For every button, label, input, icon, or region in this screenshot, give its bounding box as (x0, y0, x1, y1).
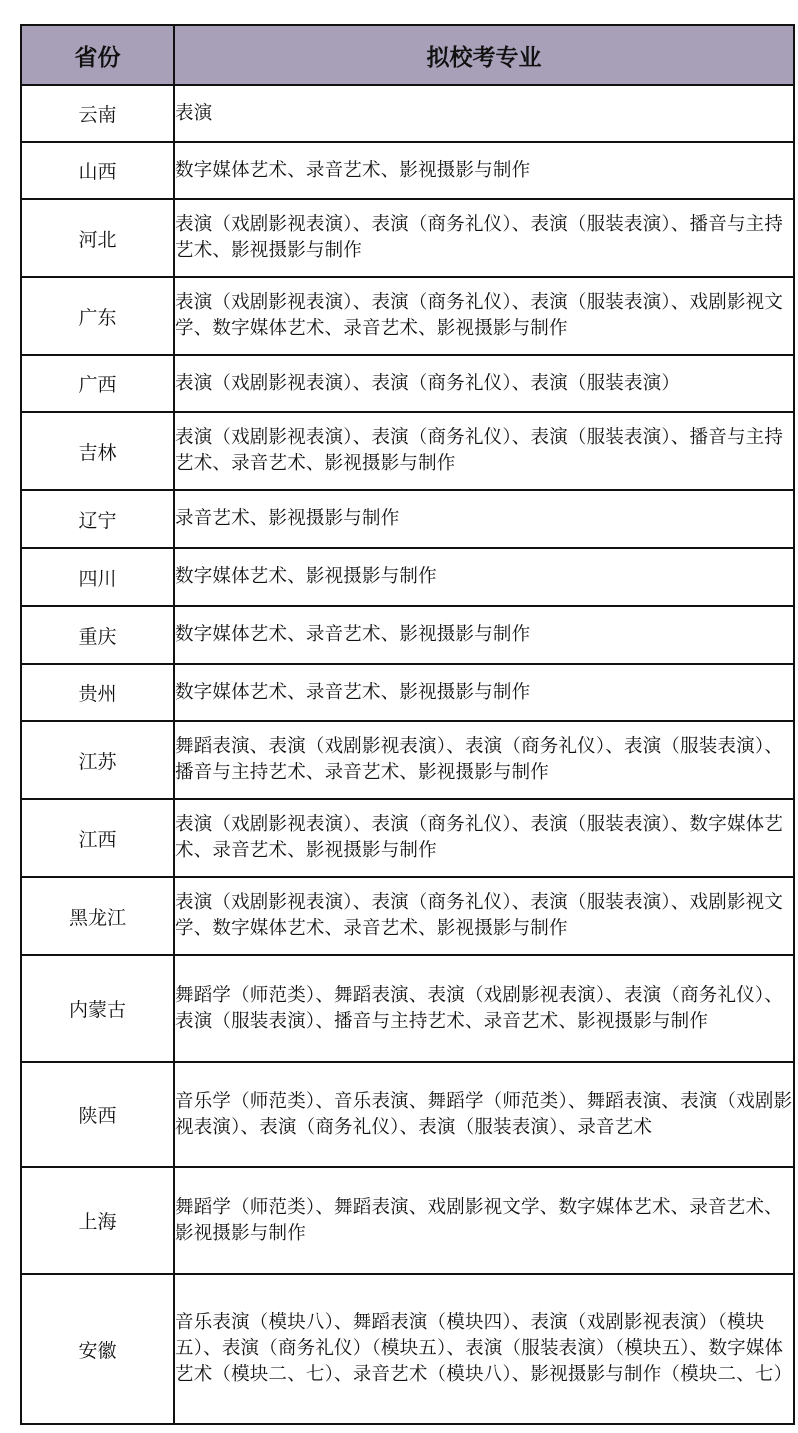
majors-cell: 数字媒体艺术、录音艺术、影视摄影与制作 (174, 664, 794, 721)
majors-cell: 舞蹈表演、表演（戏剧影视表演）、表演（商务礼仪）、表演（服装表演）、播音与主持艺… (174, 721, 794, 799)
majors-cell: 表演（戏剧影视表演）、表演（商务礼仪）、表演（服装表演）、播音与主持艺术、影视摄… (174, 199, 794, 277)
majors-cell: 表演（戏剧影视表演）、表演（商务礼仪）、表演（服装表演）、数字媒体艺术、录音艺术… (174, 799, 794, 877)
majors-cell: 音乐表演（模块八）、舞蹈表演（模块四）、表演（戏剧影视表演）（模块五）、表演（商… (174, 1274, 794, 1424)
province-cell: 江西 (21, 799, 174, 877)
table-row: 云南表演 (21, 85, 794, 142)
province-cell: 内蒙古 (21, 955, 174, 1062)
table-row: 江西表演（戏剧影视表演）、表演（商务礼仪）、表演（服装表演）、数字媒体艺术、录音… (21, 799, 794, 877)
province-cell: 黑龙江 (21, 877, 174, 955)
table-body: 云南表演山西数字媒体艺术、录音艺术、影视摄影与制作河北表演（戏剧影视表演）、表演… (21, 85, 794, 1424)
table-row: 贵州数字媒体艺术、录音艺术、影视摄影与制作 (21, 664, 794, 721)
majors-cell: 数字媒体艺术、影视摄影与制作 (174, 548, 794, 606)
header-majors: 拟校考专业 (174, 25, 794, 85)
header-province: 省份 (21, 25, 174, 85)
table-row: 上海舞蹈学（师范类）、舞蹈表演、戏剧影视文学、数字媒体艺术、录音艺术、影视摄影与… (21, 1167, 794, 1274)
province-cell: 山西 (21, 142, 174, 199)
table-row: 江苏舞蹈表演、表演（戏剧影视表演）、表演（商务礼仪）、表演（服装表演）、播音与主… (21, 721, 794, 799)
majors-cell: 音乐学（师范类）、音乐表演、舞蹈学（师范类）、舞蹈表演、表演（戏剧影视表演）、表… (174, 1062, 794, 1167)
majors-cell: 表演（戏剧影视表演）、表演（商务礼仪）、表演（服装表演）、播音与主持艺术、录音艺… (174, 412, 794, 490)
table-row: 河北表演（戏剧影视表演）、表演（商务礼仪）、表演（服装表演）、播音与主持艺术、影… (21, 199, 794, 277)
majors-cell: 舞蹈学（师范类）、舞蹈表演、表演（戏剧影视表演）、表演（商务礼仪）、表演（服装表… (174, 955, 794, 1062)
majors-cell: 表演（戏剧影视表演）、表演（商务礼仪）、表演（服装表演）、戏剧影视文学、数字媒体… (174, 277, 794, 355)
majors-cell: 数字媒体艺术、录音艺术、影视摄影与制作 (174, 142, 794, 199)
province-cell: 河北 (21, 199, 174, 277)
province-cell: 重庆 (21, 606, 174, 664)
table-row: 陕西音乐学（师范类）、音乐表演、舞蹈学（师范类）、舞蹈表演、表演（戏剧影视表演）… (21, 1062, 794, 1167)
table-row: 辽宁录音艺术、影视摄影与制作 (21, 490, 794, 548)
province-cell: 安徽 (21, 1274, 174, 1424)
majors-cell: 舞蹈学（师范类）、舞蹈表演、戏剧影视文学、数字媒体艺术、录音艺术、影视摄影与制作 (174, 1167, 794, 1274)
majors-cell: 数字媒体艺术、录音艺术、影视摄影与制作 (174, 606, 794, 664)
province-cell: 吉林 (21, 412, 174, 490)
table-row: 重庆数字媒体艺术、录音艺术、影视摄影与制作 (21, 606, 794, 664)
province-cell: 江苏 (21, 721, 174, 799)
province-cell: 贵州 (21, 664, 174, 721)
table-row: 吉林表演（戏剧影视表演）、表演（商务礼仪）、表演（服装表演）、播音与主持艺术、录… (21, 412, 794, 490)
table-row: 广西表演（戏剧影视表演）、表演（商务礼仪）、表演（服装表演） (21, 355, 794, 412)
province-cell: 广东 (21, 277, 174, 355)
province-cell: 广西 (21, 355, 174, 412)
table-row: 安徽音乐表演（模块八）、舞蹈表演（模块四）、表演（戏剧影视表演）（模块五）、表演… (21, 1274, 794, 1424)
majors-cell: 表演 (174, 85, 794, 142)
table-row: 广东表演（戏剧影视表演）、表演（商务礼仪）、表演（服装表演）、戏剧影视文学、数字… (21, 277, 794, 355)
table-header-row: 省份 拟校考专业 (21, 25, 794, 85)
table-row: 四川数字媒体艺术、影视摄影与制作 (21, 548, 794, 606)
table-row: 内蒙古舞蹈学（师范类）、舞蹈表演、表演（戏剧影视表演）、表演（商务礼仪）、表演（… (21, 955, 794, 1062)
table-row: 山西数字媒体艺术、录音艺术、影视摄影与制作 (21, 142, 794, 199)
majors-cell: 录音艺术、影视摄影与制作 (174, 490, 794, 548)
province-cell: 四川 (21, 548, 174, 606)
province-cell: 上海 (21, 1167, 174, 1274)
province-cell: 辽宁 (21, 490, 174, 548)
table-row: 黑龙江表演（戏剧影视表演）、表演（商务礼仪）、表演（服装表演）、戏剧影视文学、数… (21, 877, 794, 955)
province-cell: 云南 (21, 85, 174, 142)
majors-table: 省份 拟校考专业 云南表演山西数字媒体艺术、录音艺术、影视摄影与制作河北表演（戏… (20, 24, 795, 1425)
majors-cell: 表演（戏剧影视表演）、表演（商务礼仪）、表演（服装表演）、戏剧影视文学、数字媒体… (174, 877, 794, 955)
majors-cell: 表演（戏剧影视表演）、表演（商务礼仪）、表演（服装表演） (174, 355, 794, 412)
province-cell: 陕西 (21, 1062, 174, 1167)
